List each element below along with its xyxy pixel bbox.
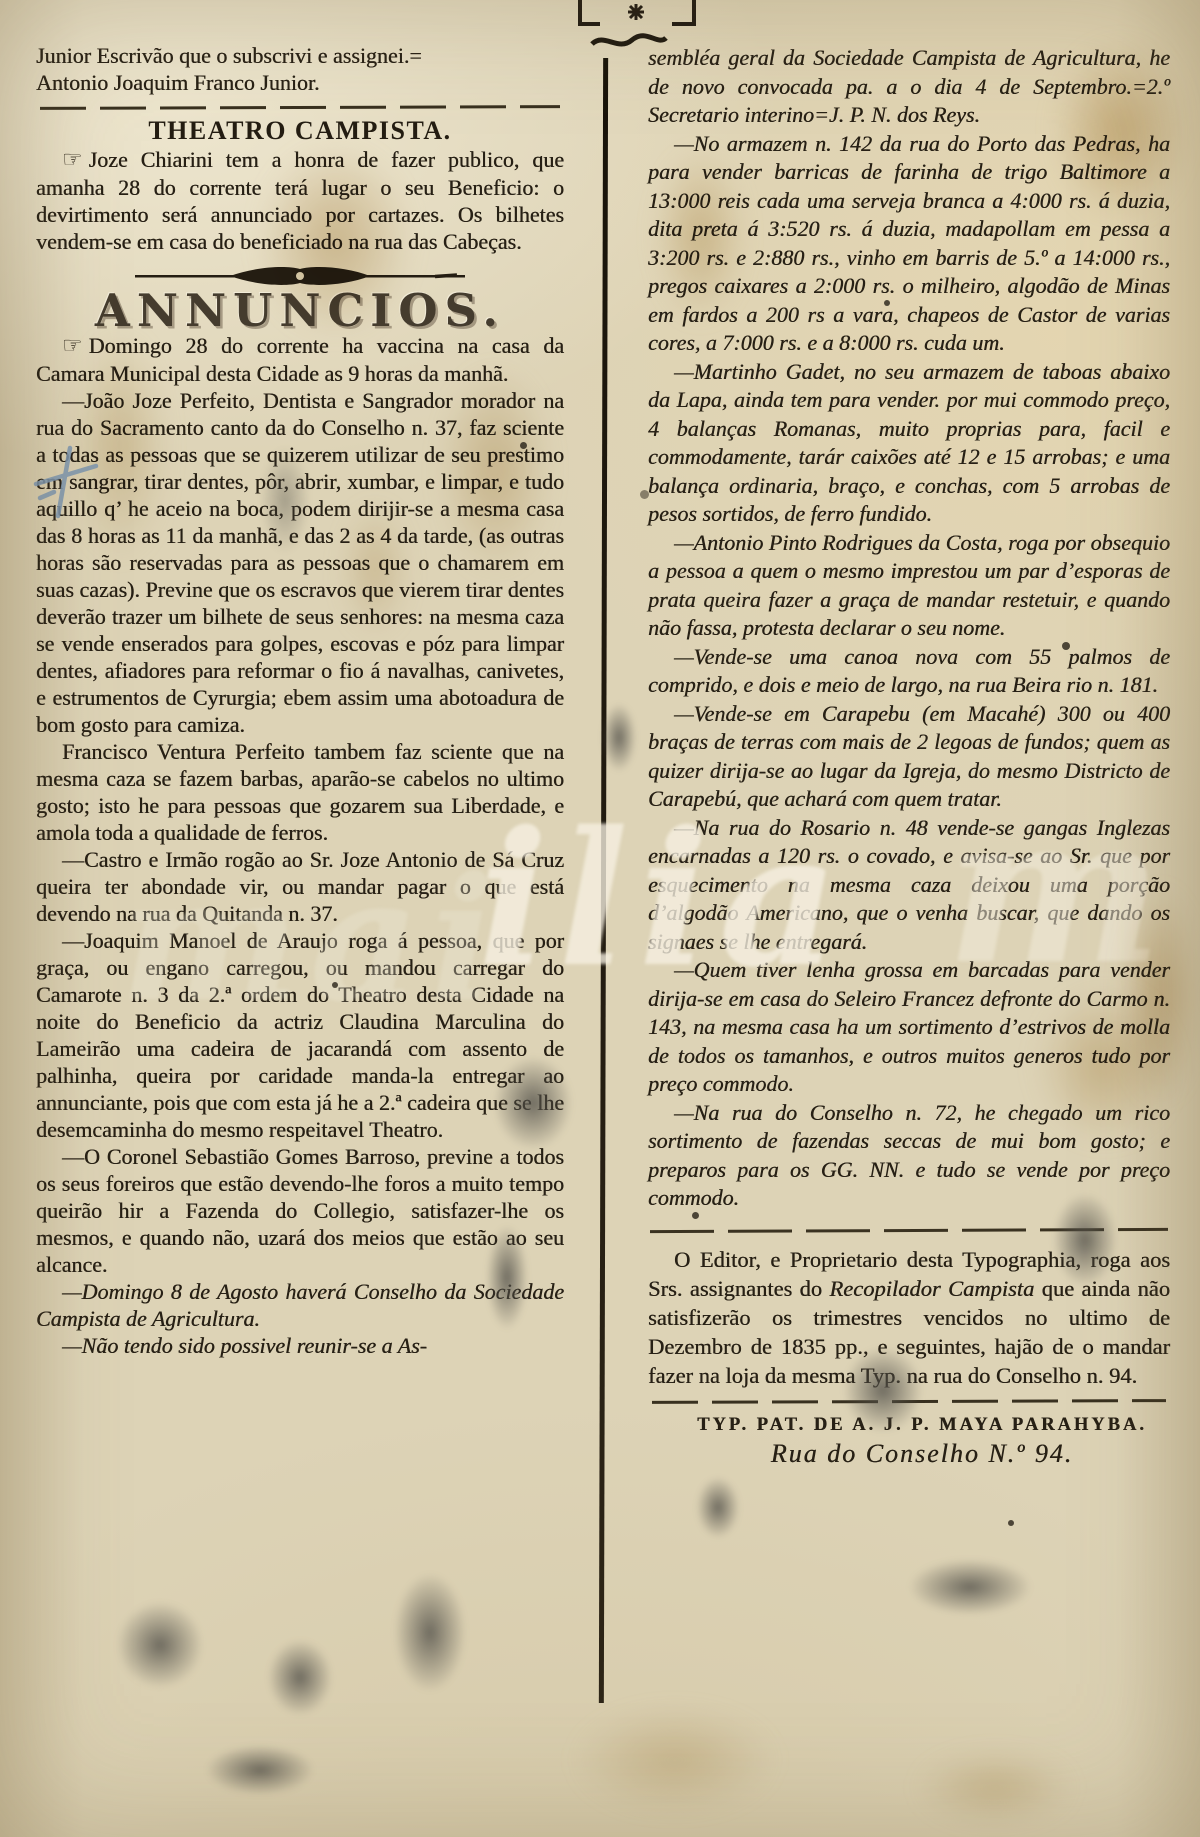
speck bbox=[1008, 1520, 1014, 1526]
announcement-item: —Quem tiver lenha grossa em barcadas par… bbox=[648, 956, 1170, 1099]
right-column: sembléa geral da Sociedade Campista de A… bbox=[648, 44, 1170, 1468]
article-continuation-line: Antonio Joaquim Franco Junior. bbox=[36, 69, 564, 96]
pointing-hand-icon: ☞ bbox=[62, 333, 83, 359]
newspaper-page: ilia m mai Junior Escrivão que o subscri… bbox=[0, 0, 1200, 1837]
section-rule bbox=[652, 1399, 1166, 1404]
announcement-item: —Martinho Gadet, no seu armazem de taboa… bbox=[648, 358, 1170, 529]
announcement-item: —Joaquim Manoel de Araujo roga á pessoa,… bbox=[36, 927, 564, 1143]
ink-blot bbox=[255, 1625, 345, 1730]
pencil-mark bbox=[32, 444, 106, 520]
pointing-hand-icon: ☞ bbox=[62, 147, 83, 173]
imprint-address: Rua do Conselho N.º 94. bbox=[648, 1440, 1170, 1469]
column-divider bbox=[599, 58, 608, 1703]
announcement-item: —Vende-se em Carapebu (em Macahé) 300 ou… bbox=[648, 700, 1170, 814]
announcement-item: ☞Domingo 28 do corrente ha vaccina na ca… bbox=[36, 332, 564, 387]
ink-blot bbox=[100, 1585, 220, 1705]
announcement-item: —Não tendo sido possivel reunir-se a As- bbox=[36, 1332, 564, 1359]
section-rule bbox=[650, 1227, 1168, 1232]
ink-blot bbox=[380, 1550, 480, 1715]
announcement-text: Domingo 28 do corrente ha vaccina na cas… bbox=[36, 333, 564, 386]
publication-title: Recopilador Campista bbox=[829, 1276, 1034, 1301]
theatro-campista-heading: THEATRO CAMPISTA. bbox=[36, 117, 564, 144]
announcement-item: —Antonio Pinto Rodrigues da Costa, roga … bbox=[648, 529, 1170, 643]
ink-blot bbox=[688, 1465, 748, 1550]
announcement-item: —João Joze Perfeito, Dentista e Sangrado… bbox=[36, 387, 564, 738]
annuncios-heading: ANNUNCIOS. bbox=[36, 297, 564, 324]
announcement-item: —O Coronel Sebastião Gomes Barroso, prev… bbox=[36, 1143, 564, 1278]
editor-note: O Editor, e Proprietario desta Typograph… bbox=[648, 1245, 1170, 1390]
ink-blot bbox=[185, 1735, 335, 1805]
article-continuation-line: Junior Escrivão que o subscrivi e assign… bbox=[36, 42, 564, 69]
announcement-item: —Na rua do Rosario n. 48 vende-se gangas… bbox=[648, 814, 1170, 957]
ink-blot bbox=[885, 1548, 1055, 1626]
section-rule bbox=[40, 105, 560, 110]
stain bbox=[540, 1690, 810, 1830]
theatro-announcement: ☞Joze Chiarini tem a honra de fazer publ… bbox=[36, 146, 564, 255]
left-column: Junior Escrivão que o subscrivi e assign… bbox=[36, 42, 564, 1359]
announcement-text: Joze Chiarini tem a honra de fazer publi… bbox=[36, 147, 564, 254]
announcement-item: —Na rua do Conselho n. 72, he chegado um… bbox=[648, 1099, 1170, 1213]
announcement-item: —Domingo 8 de Agosto haverá Conselho da … bbox=[36, 1278, 564, 1332]
announcement-item: —No armazem n. 142 da rua do Porto das P… bbox=[648, 130, 1170, 358]
imprint-typography: TYP. PAT. DE A. J. P. MAYA PARAHYBA. bbox=[648, 1411, 1170, 1440]
announcement-item: Francisco Ventura Perfeito tambem faz sc… bbox=[36, 738, 564, 846]
announcement-item: sembléa geral da Sociedade Campista de A… bbox=[648, 44, 1170, 130]
announcement-item: —Vende-se uma canoa nova com 55 palmos d… bbox=[648, 643, 1170, 700]
stain bbox=[890, 1740, 1100, 1835]
announcement-item: —Castro e Irmão rogão ao Sr. Joze Antoni… bbox=[36, 846, 564, 927]
